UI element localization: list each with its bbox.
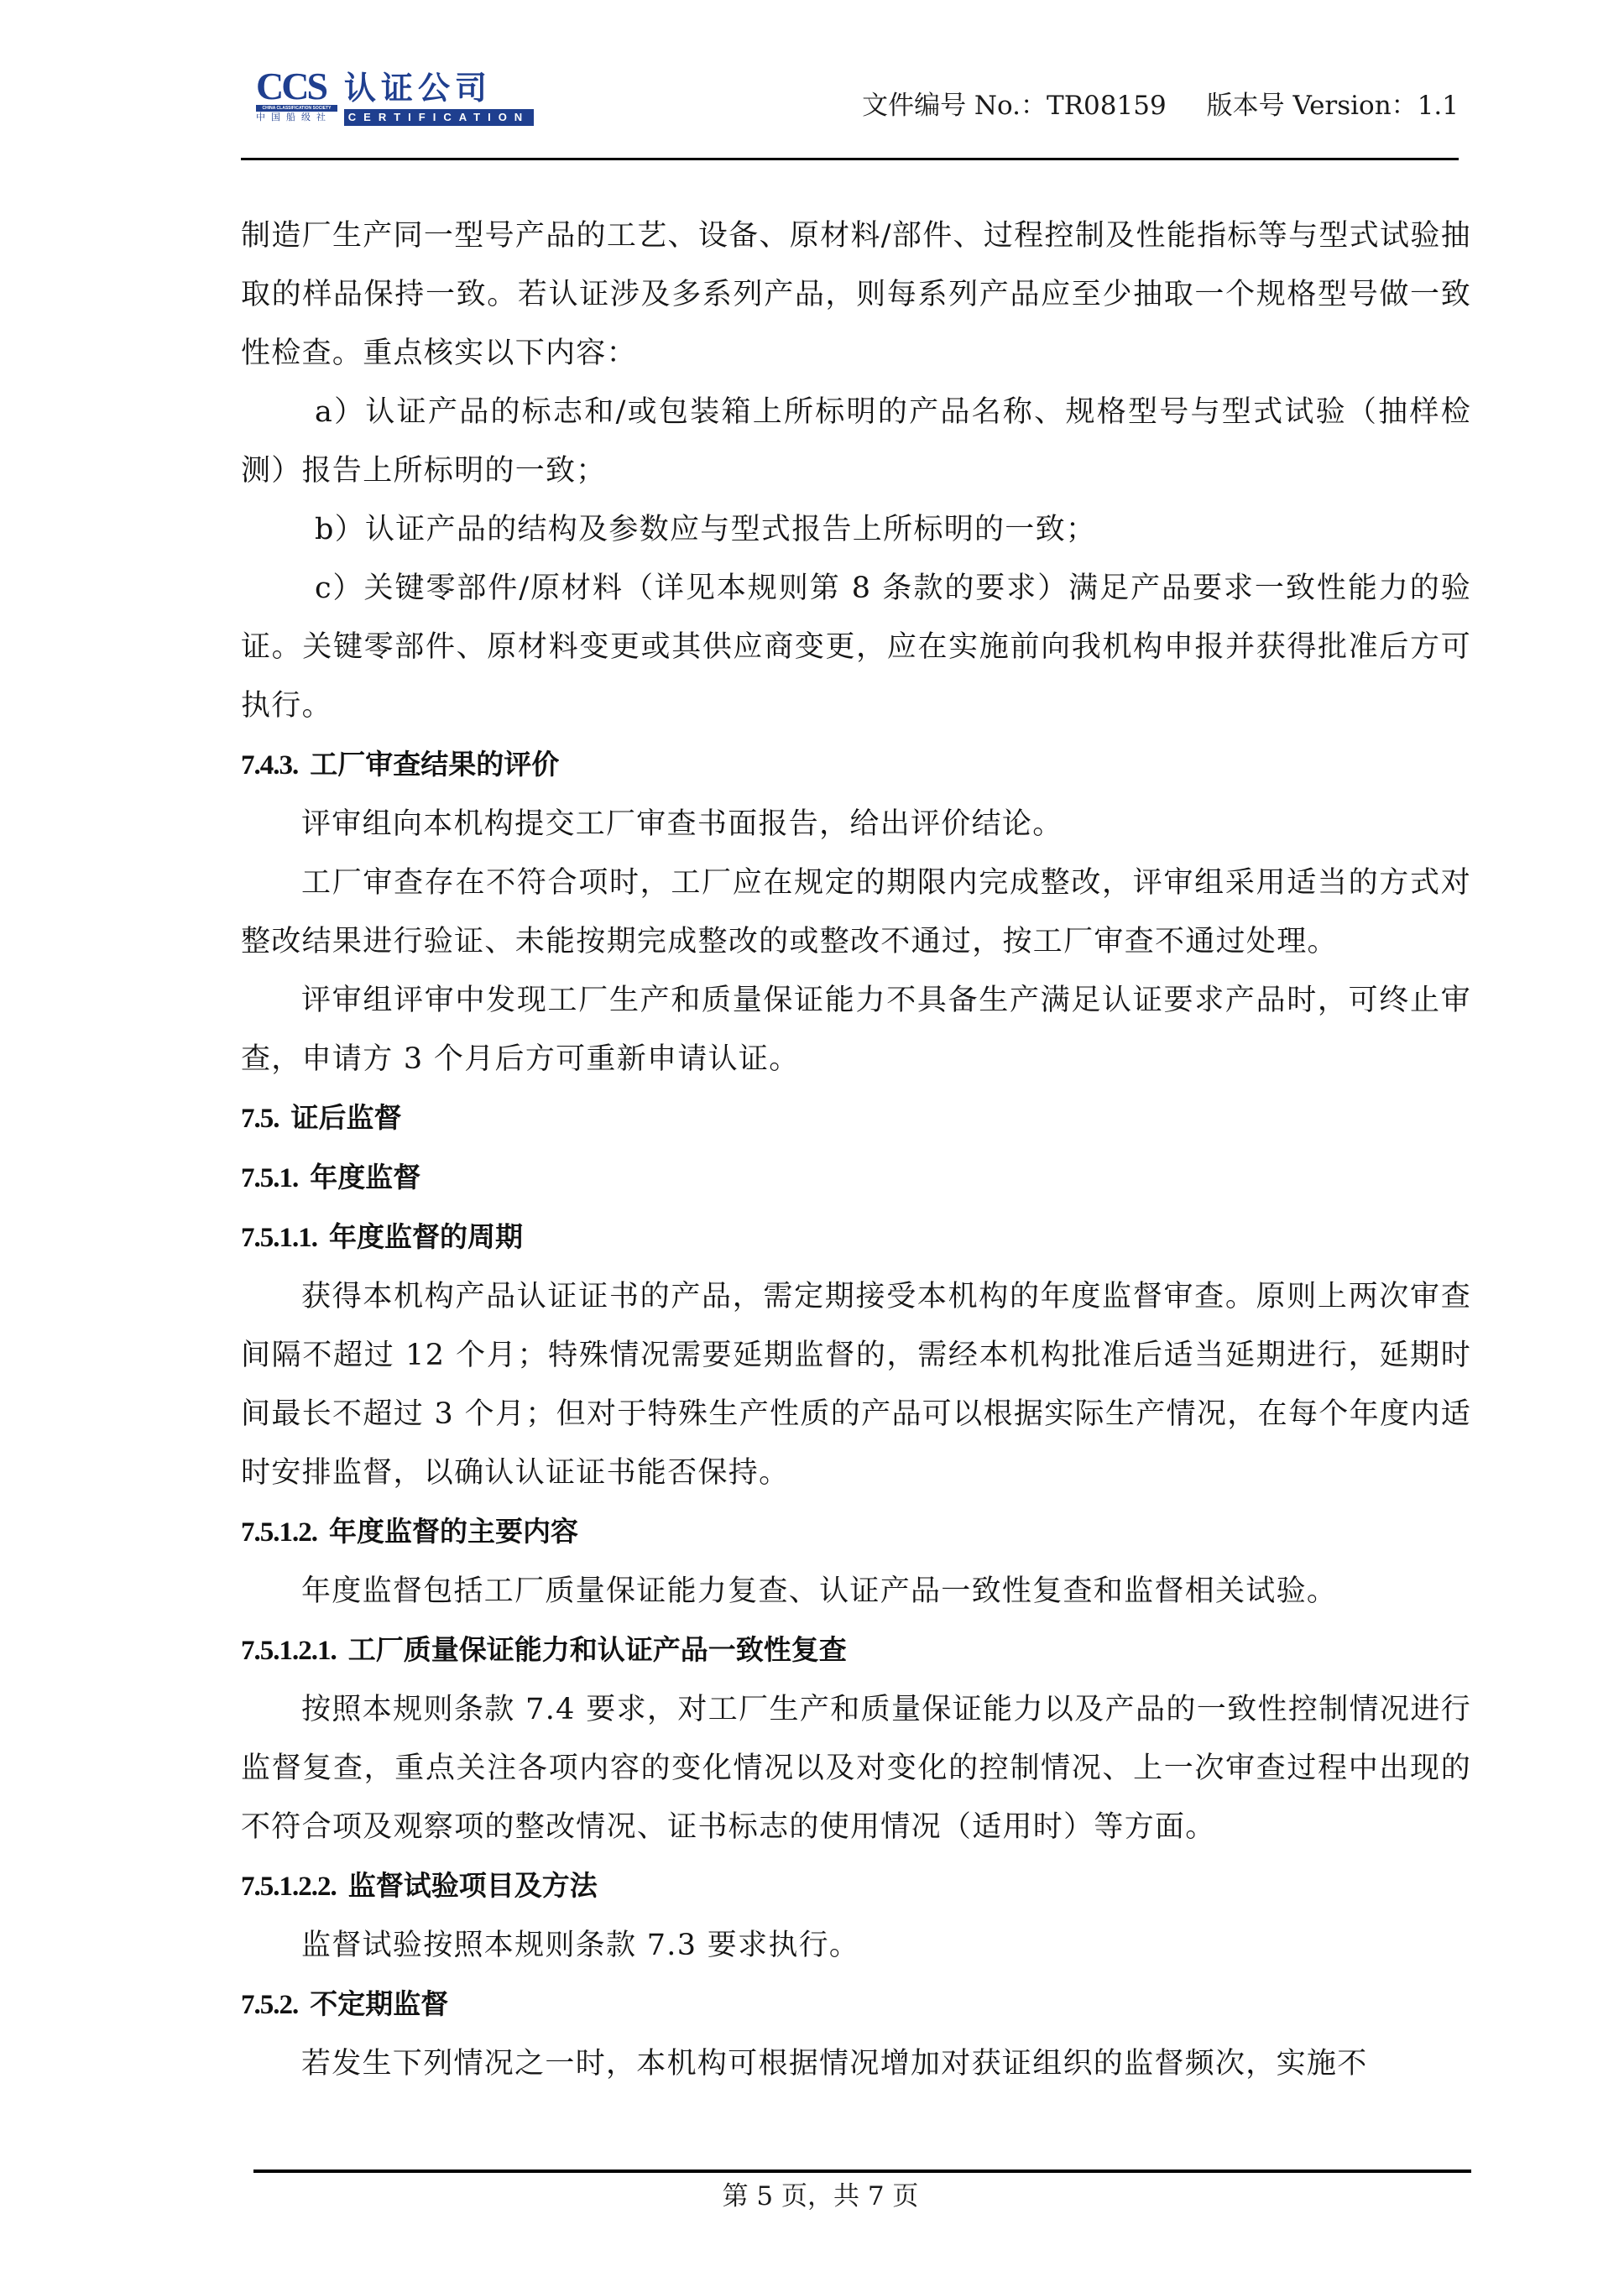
list-item-b: b）认证产品的结构及参数应与型式报告上所标明的一致； — [241, 500, 1471, 559]
list-item-c: c）关键零部件/原材料（详见本规则第 8 条款的要求）满足产品要求一致性能力的验… — [241, 559, 1471, 735]
section-number: 7.5.1.2. — [241, 1517, 317, 1548]
paragraph: 获得本机构产品认证证书的产品，需定期接受本机构的年度监督审查。原则上两次审查间隔… — [241, 1267, 1471, 1502]
paragraph: 按照本规则条款 7.4 要求，对工厂生产和质量保证能力以及产品的一致性控制情况进… — [241, 1680, 1471, 1856]
section-heading-7-5-1-1: 7.5.1.1.年度监督的周期 — [241, 1208, 1471, 1267]
header-divider — [241, 158, 1459, 160]
section-heading-7-5-2: 7.5.2.不定期监督 — [241, 1975, 1471, 2034]
paragraph: 监督试验按照本规则条款 7.3 要求执行。 — [241, 1916, 1471, 1975]
ccs-logo-mark: CCS CHINA CLASSIFICATION SOCIETY 中国船级社 — [256, 70, 337, 123]
ccs-logo-text: CCS — [256, 70, 337, 103]
section-title: 年度监督的主要内容 — [329, 1515, 578, 1548]
paragraph: 年度监督包括工厂质量保证能力复查、认证产品一致性复查和监督相关试验。 — [241, 1562, 1471, 1621]
version-number: 1.1 — [1418, 91, 1459, 121]
section-title: 工厂审查结果的评价 — [310, 748, 559, 781]
section-title: 监督试验项目及方法 — [348, 1869, 598, 1902]
section-number: 7.5. — [241, 1104, 279, 1134]
company-name-block: 认证公司 CERTIFICATION — [344, 70, 534, 126]
section-title: 证后监督 — [291, 1101, 402, 1134]
certification-banner: CERTIFICATION — [344, 109, 534, 126]
section-number: 7.5.1.1. — [241, 1223, 317, 1253]
society-cn-label: 中国船级社 — [256, 112, 337, 123]
section-number: 7.5.1.2.1. — [241, 1636, 337, 1666]
paragraph: 评审组评审中发现工厂生产和质量保证能力不具备生产满足认证要求产品时，可终止审查，… — [241, 971, 1471, 1089]
section-number: 7.5.1. — [241, 1163, 298, 1193]
section-heading-7-5-1-2: 7.5.1.2.年度监督的主要内容 — [241, 1502, 1471, 1562]
section-title: 工厂质量保证能力和认证产品一致性复查 — [348, 1633, 847, 1666]
document-meta: 文件编号 No.：TR08159版本号 Version：1.1 — [862, 89, 1459, 123]
ccs-certification-logo: CCS CHINA CLASSIFICATION SOCIETY 中国船级社 认… — [256, 70, 534, 128]
document-page: CCS CHINA CLASSIFICATION SOCIETY 中国船级社 认… — [0, 0, 1624, 2287]
document-body: 制造厂生产同一型号产品的工艺、设备、原材料/部件、过程控制及性能指标等与型式试验… — [241, 206, 1471, 2093]
doc-number-label: 文件编号 No.： — [862, 91, 1047, 121]
section-heading-7-5-1-2-2: 7.5.1.2.2.监督试验项目及方法 — [241, 1856, 1471, 1916]
footer-divider — [253, 2170, 1471, 2173]
section-title: 年度监督的周期 — [329, 1220, 523, 1253]
paragraph: 工厂审查存在不符合项时，工厂应在规定的期限内完成整改，评审组采用适当的方式对整改… — [241, 854, 1471, 971]
list-item-a: a）认证产品的标志和/或包装箱上所标明的产品名称、规格型号与型式试验（抽样检测）… — [241, 383, 1471, 500]
version-label: 版本号 Version： — [1207, 91, 1418, 121]
section-title: 年度监督 — [310, 1161, 420, 1193]
paragraph: 若发生下列情况之一时，本机构可根据情况增加对获证组织的监督频次，实施不 — [241, 2034, 1471, 2093]
section-heading-7-4-3: 7.4.3.工厂审查结果的评价 — [241, 735, 1471, 795]
doc-number: TR08159 — [1047, 91, 1167, 121]
paragraph: 制造厂生产同一型号产品的工艺、设备、原材料/部件、过程控制及性能指标等与型式试验… — [241, 206, 1471, 383]
section-title: 不定期监督 — [310, 1987, 448, 2020]
page-number: 第 5 页，共 7 页 — [0, 2180, 1624, 2213]
section-number: 7.4.3. — [241, 750, 298, 781]
company-cn-name: 认证公司 — [344, 70, 534, 107]
section-heading-7-5-1-2-1: 7.5.1.2.1.工厂质量保证能力和认证产品一致性复查 — [241, 1621, 1471, 1680]
paragraph: 评审组向本机构提交工厂审查书面报告，给出评价结论。 — [241, 795, 1471, 854]
section-heading-7-5-1: 7.5.1.年度监督 — [241, 1148, 1471, 1208]
section-heading-7-5: 7.5.证后监督 — [241, 1089, 1471, 1148]
section-number: 7.5.1.2.2. — [241, 1872, 337, 1902]
section-number: 7.5.2. — [241, 1990, 298, 2020]
